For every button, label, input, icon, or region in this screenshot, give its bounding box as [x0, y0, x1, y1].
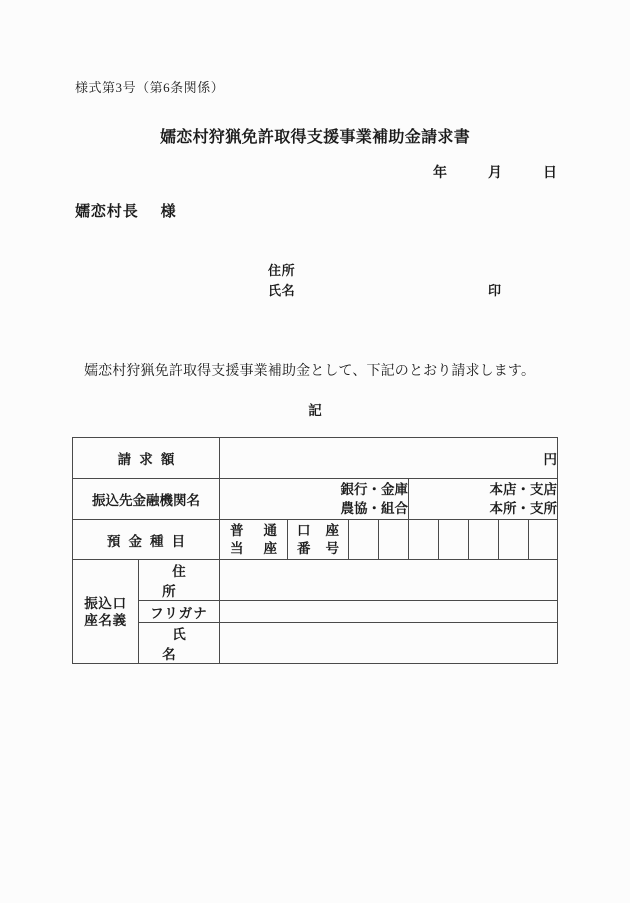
date-day-label: 日 — [543, 162, 557, 182]
holder-furigana-label: フリガナ — [139, 601, 220, 623]
table-row: 振込先金融機関名 銀行・金庫 農協・組合 本店・支店 本所・支所 — [73, 479, 558, 520]
bank-type-option-1: 銀行・金庫 — [220, 480, 408, 499]
holder-furigana-input-cell — [220, 601, 558, 623]
body-text: 嬬恋村狩猟免許取得支援事業補助金として、下記のとおり請求します。 — [84, 360, 535, 380]
holder-label-line1: 振込口 — [73, 595, 138, 612]
account-digit-box — [499, 520, 529, 560]
account-number-label: 口 座 番 号 — [288, 520, 349, 560]
account-label-1: 口 — [297, 522, 311, 540]
holder-name-input-cell — [220, 623, 558, 664]
bank-type-option-2: 農協・組合 — [220, 499, 408, 518]
date-month-label: 月 — [488, 162, 502, 182]
claim-amount-cell: 円 — [220, 438, 558, 479]
applicant-address-label: 住所 — [268, 260, 295, 279]
table-row: 請求額 円 — [73, 438, 558, 479]
bank-type-cell: 銀行・金庫 農協・組合 — [220, 479, 409, 520]
holder-label-line2: 座名義 — [73, 612, 138, 629]
holder-label: 振込口 座名義 — [73, 560, 139, 664]
account-label-2: 座 — [326, 522, 340, 540]
form-number: 様式第3号（第6条関係） — [75, 77, 224, 96]
account-label-3: 番 — [297, 540, 311, 558]
branch-type-option-2: 本所・支所 — [409, 499, 557, 518]
applicant-name-label: 氏名 — [268, 280, 295, 299]
page-title: 嬬恋村狩猟免許取得支援事業補助金請求書 — [0, 124, 630, 147]
addressee-line: 嬬恋村長 様 — [75, 200, 177, 221]
account-digit-box — [409, 520, 439, 560]
table-row: 振込口 座名義 住所 — [73, 560, 558, 601]
branch-type-option-1: 本店・支店 — [409, 480, 557, 499]
deposit-option-futsu-1: 普 — [230, 522, 244, 540]
section-heading: 記 — [0, 399, 630, 419]
account-digit-box — [469, 520, 499, 560]
table-row: フリガナ — [73, 601, 558, 623]
addressee-honorific: 様 — [161, 200, 177, 221]
bank-name-label: 振込先金融機関名 — [73, 479, 220, 520]
holder-address-label: 住所 — [139, 560, 220, 601]
account-label-4: 号 — [326, 540, 340, 558]
deposit-option-toza-2: 座 — [264, 540, 278, 558]
account-digit-box — [439, 520, 469, 560]
addressee-title: 嬬恋村長 — [75, 200, 139, 221]
branch-type-cell: 本店・支店 本所・支所 — [409, 479, 558, 520]
table-row: 氏名 — [73, 623, 558, 664]
account-digit-box — [379, 520, 409, 560]
claim-table: 請求額 円 振込先金融機関名 銀行・金庫 農協・組合 本店・支店 本所・支所 預… — [72, 437, 558, 664]
deposit-option-toza-1: 当 — [230, 540, 244, 558]
date-line: 年 月 日 — [433, 162, 557, 182]
holder-address-input-cell — [220, 560, 558, 601]
deposit-option-futsu-2: 通 — [264, 522, 278, 540]
deposit-type-options: 普 通 当 座 — [220, 520, 288, 560]
claim-amount-unit: 円 — [544, 452, 558, 467]
holder-name-label: 氏名 — [139, 623, 220, 664]
claim-amount-label: 請求額 — [73, 438, 220, 479]
date-year-label: 年 — [433, 162, 447, 182]
account-digit-box — [529, 520, 558, 560]
account-digit-box — [349, 520, 379, 560]
seal-label: 印 — [488, 280, 501, 299]
document-page: 様式第3号（第6条関係） 嬬恋村狩猟免許取得支援事業補助金請求書 年 月 日 嬬… — [0, 0, 630, 903]
table-row: 預金種目 普 通 当 座 口 座 番 号 — [73, 520, 558, 560]
deposit-type-label: 預金種目 — [73, 520, 220, 560]
